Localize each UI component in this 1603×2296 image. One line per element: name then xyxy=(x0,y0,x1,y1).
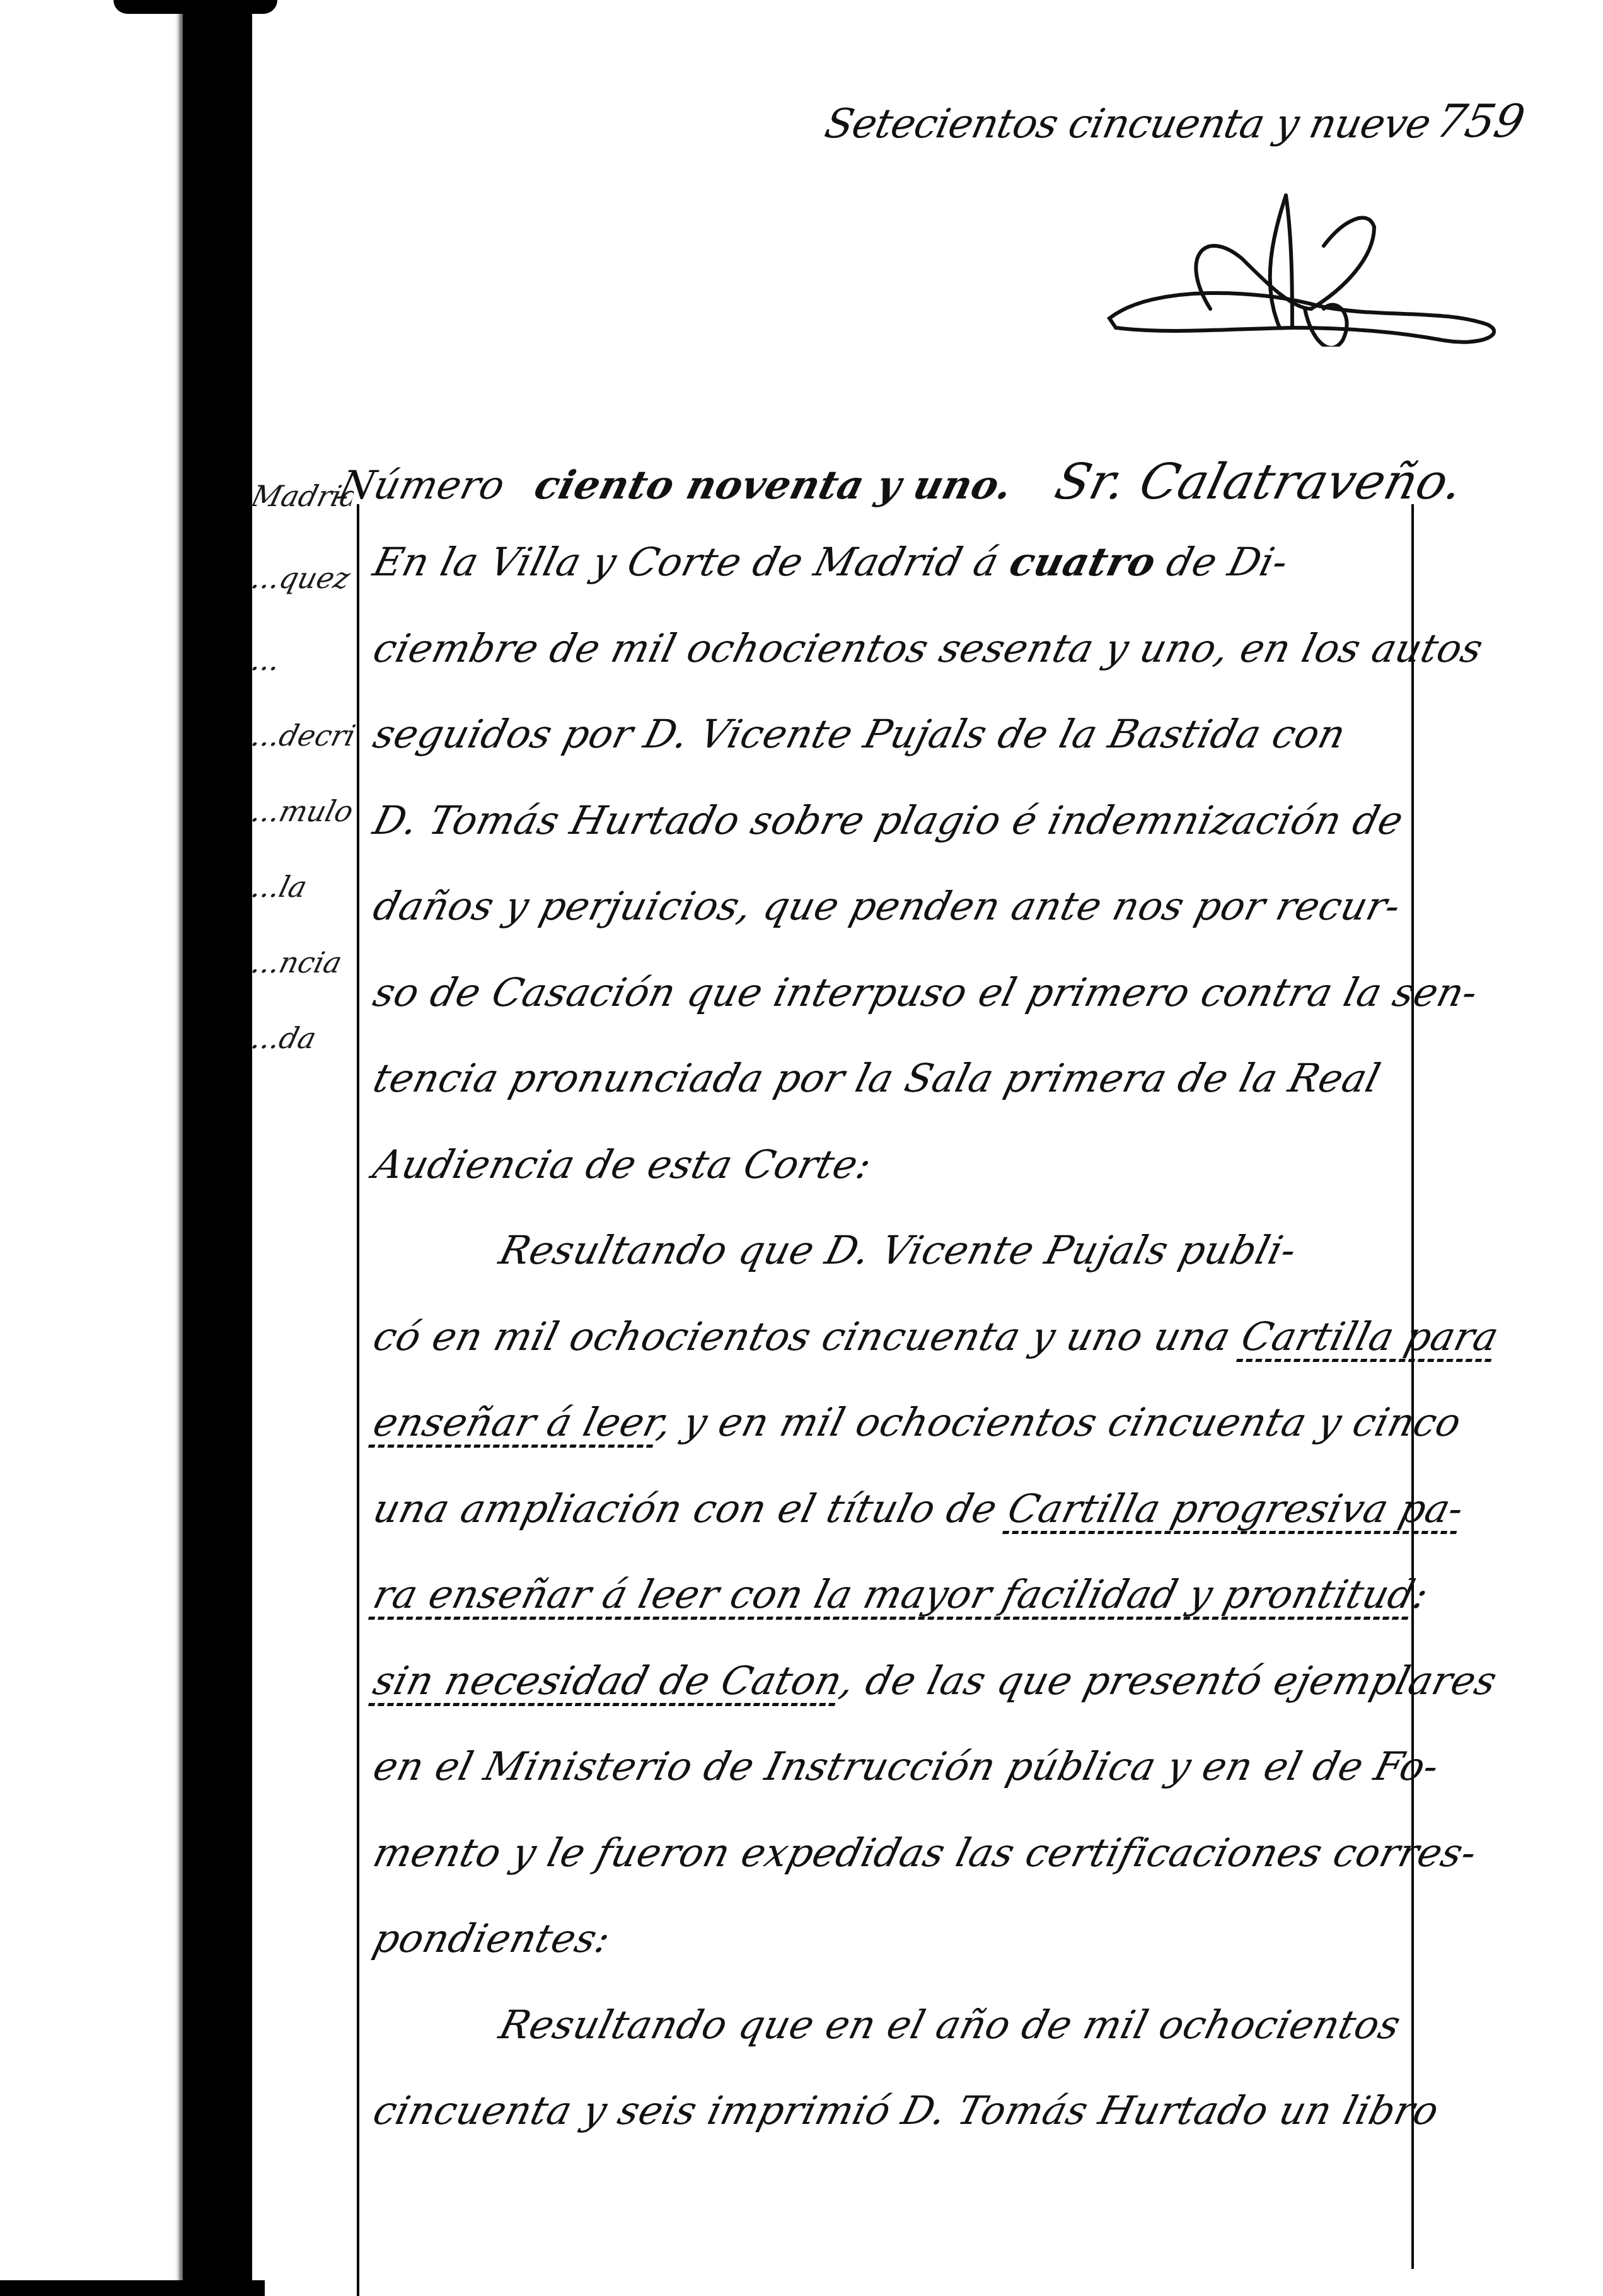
line-text: En la Villa y Corte de Madrid á xyxy=(369,539,1017,585)
line-text: daños y perjuicios, que penden ante nos … xyxy=(369,883,1406,929)
title-line: Número ciento noventa y uno. Sr. Calatra… xyxy=(334,454,1602,511)
case-number: ciento noventa y uno. xyxy=(530,462,1017,508)
margin-note: ...la xyxy=(248,870,357,904)
line-text: cuatro xyxy=(1005,539,1160,585)
text-line: en el Ministerio de Instrucción pública … xyxy=(369,1743,1426,1789)
text-line: mento y le fueron expedidas las certific… xyxy=(369,1830,1426,1876)
margin-rule-left xyxy=(357,504,359,2296)
text-line: ciembre de mil ochocientos sesenta y uno… xyxy=(369,625,1426,671)
text-line: ra enseñar á leer con la mayor facilidad… xyxy=(369,1571,1426,1617)
line-text: de Di- xyxy=(1149,539,1293,585)
text-line: Resultando que en el año de mil ochocien… xyxy=(369,2002,1426,2048)
line-text: en el Ministerio de Instrucción pública … xyxy=(369,1743,1444,1789)
magistrate-name: Sr. Calatraveño. xyxy=(1050,454,1469,511)
line-text: mento y le fueron expedidas las certific… xyxy=(369,1830,1481,1876)
text-line: sin necesidad de Caton, de las que prese… xyxy=(369,1658,1426,1704)
line-text: Resultando que D. Vicente Pujals publi- xyxy=(495,1227,1301,1273)
text-line: cincuenta y seis imprimió D. Tomás Hurta… xyxy=(369,2087,1426,2133)
line-text: pondientes: xyxy=(369,1915,615,1961)
line-text: có en mil ochocientos cincuenta y uno un… xyxy=(369,1313,1248,1359)
text-line: daños y perjuicios, que penden ante nos … xyxy=(369,883,1426,929)
text-line: Audiencia de esta Corte: xyxy=(369,1141,1426,1187)
line-text: cincuenta y seis imprimió D. Tomás Hurta… xyxy=(369,2087,1444,2133)
text-line: En la Villa y Corte de Madrid á cuatro d… xyxy=(369,539,1426,585)
underlined-title-text: enseñar á leer xyxy=(369,1399,664,1445)
underlined-title-text: sin necesidad de Caton xyxy=(369,1658,847,1704)
underlined-title-text: ra enseñar á leer con la mayor facilidad… xyxy=(369,1571,1420,1617)
binding-gutter xyxy=(183,0,252,2296)
folio-number: 759 xyxy=(1432,95,1529,147)
line-text: tencia pronunciada por la Sala primera d… xyxy=(369,1055,1385,1101)
line-text: , de las que presentó ejemplares xyxy=(836,1658,1502,1704)
line-text: Audiencia de esta Corte: xyxy=(369,1141,876,1187)
line-text: D. Tomás Hurtado sobre plagio é indemniz… xyxy=(369,797,1408,843)
margin-note: ...decri xyxy=(248,718,357,753)
text-line: tencia pronunciada por la Sala primera d… xyxy=(369,1055,1426,1101)
text-line: una ampliación con el título de Cartilla… xyxy=(369,1485,1426,1532)
margin-note: ...quez xyxy=(248,561,357,595)
margin-note: ... xyxy=(248,643,357,677)
folio-number-words: Setecientos cincuenta y nueve xyxy=(821,101,1435,147)
underlined-title-text: Cartilla progresiva pa- xyxy=(1004,1485,1469,1532)
binding-shadow-bottom xyxy=(0,2280,265,2296)
margin-note: ...da xyxy=(248,1021,357,1055)
text-line: pondientes: xyxy=(369,1915,1426,1961)
text-line: có en mil ochocientos cincuenta y uno un… xyxy=(369,1313,1426,1359)
line-text: Resultando que en el año de mil ochocien… xyxy=(495,2002,1405,2048)
line-text: ciembre de mil ochocientos sesenta y uno… xyxy=(369,625,1488,671)
line-text: seguidos por D. Vicente Pujals de la Bas… xyxy=(369,711,1350,757)
title-prefix: Número xyxy=(335,462,510,508)
rubric-flourish-icon xyxy=(1103,183,1507,347)
line-text: una ampliación con el título de xyxy=(369,1485,1015,1532)
text-line: D. Tomás Hurtado sobre plagio é indemniz… xyxy=(369,797,1426,843)
margin-note: ...mulo xyxy=(248,794,357,828)
underlined-title-text: Cartilla para xyxy=(1237,1313,1503,1359)
text-line: Resultando que D. Vicente Pujals publi- xyxy=(369,1227,1426,1273)
margin-note: ...ncia xyxy=(248,945,357,979)
line-text: so de Casación que interpuso el primero … xyxy=(369,969,1483,1015)
text-line: so de Casación que interpuso el primero … xyxy=(369,969,1426,1015)
line-text: , y en mil ochocientos cincuenta y cinco xyxy=(653,1399,1466,1445)
text-line: enseñar á leer, y en mil ochocientos cin… xyxy=(369,1399,1426,1445)
text-line: seguidos por D. Vicente Pujals de la Bas… xyxy=(369,711,1426,757)
